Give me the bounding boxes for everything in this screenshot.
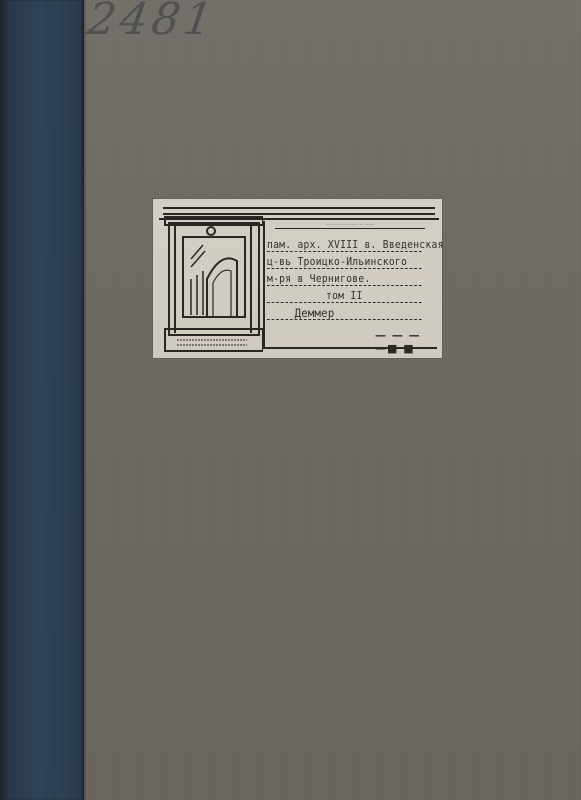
- cover-label: ··· ···· ····· ······ ··· ······· пам. а…: [153, 199, 442, 358]
- label-text-panel: ··· ···· ····· ······ ··· ······· пам. а…: [263, 221, 437, 349]
- handwritten-catalog-number: 2481: [84, 0, 219, 45]
- label-line-title: пам. арх. XVIII в. Введенская: [267, 239, 422, 252]
- book-cover: [0, 0, 581, 800]
- label-line-author: Деммер: [267, 307, 422, 320]
- label-line-church: ц-вь Троицко-Ильинского: [267, 256, 422, 269]
- label-fine-print: ··· ···· ····· ······ ··· ·······: [275, 222, 425, 229]
- architectural-portal-icon: [161, 209, 263, 353]
- spine-edge: [84, 0, 87, 800]
- label-line-volume: том II: [267, 290, 422, 303]
- label-line-location: м-ря в Чернигове.: [267, 273, 422, 286]
- label-signature: — — — —■ ■: [375, 329, 437, 355]
- book-spine: [8, 0, 84, 800]
